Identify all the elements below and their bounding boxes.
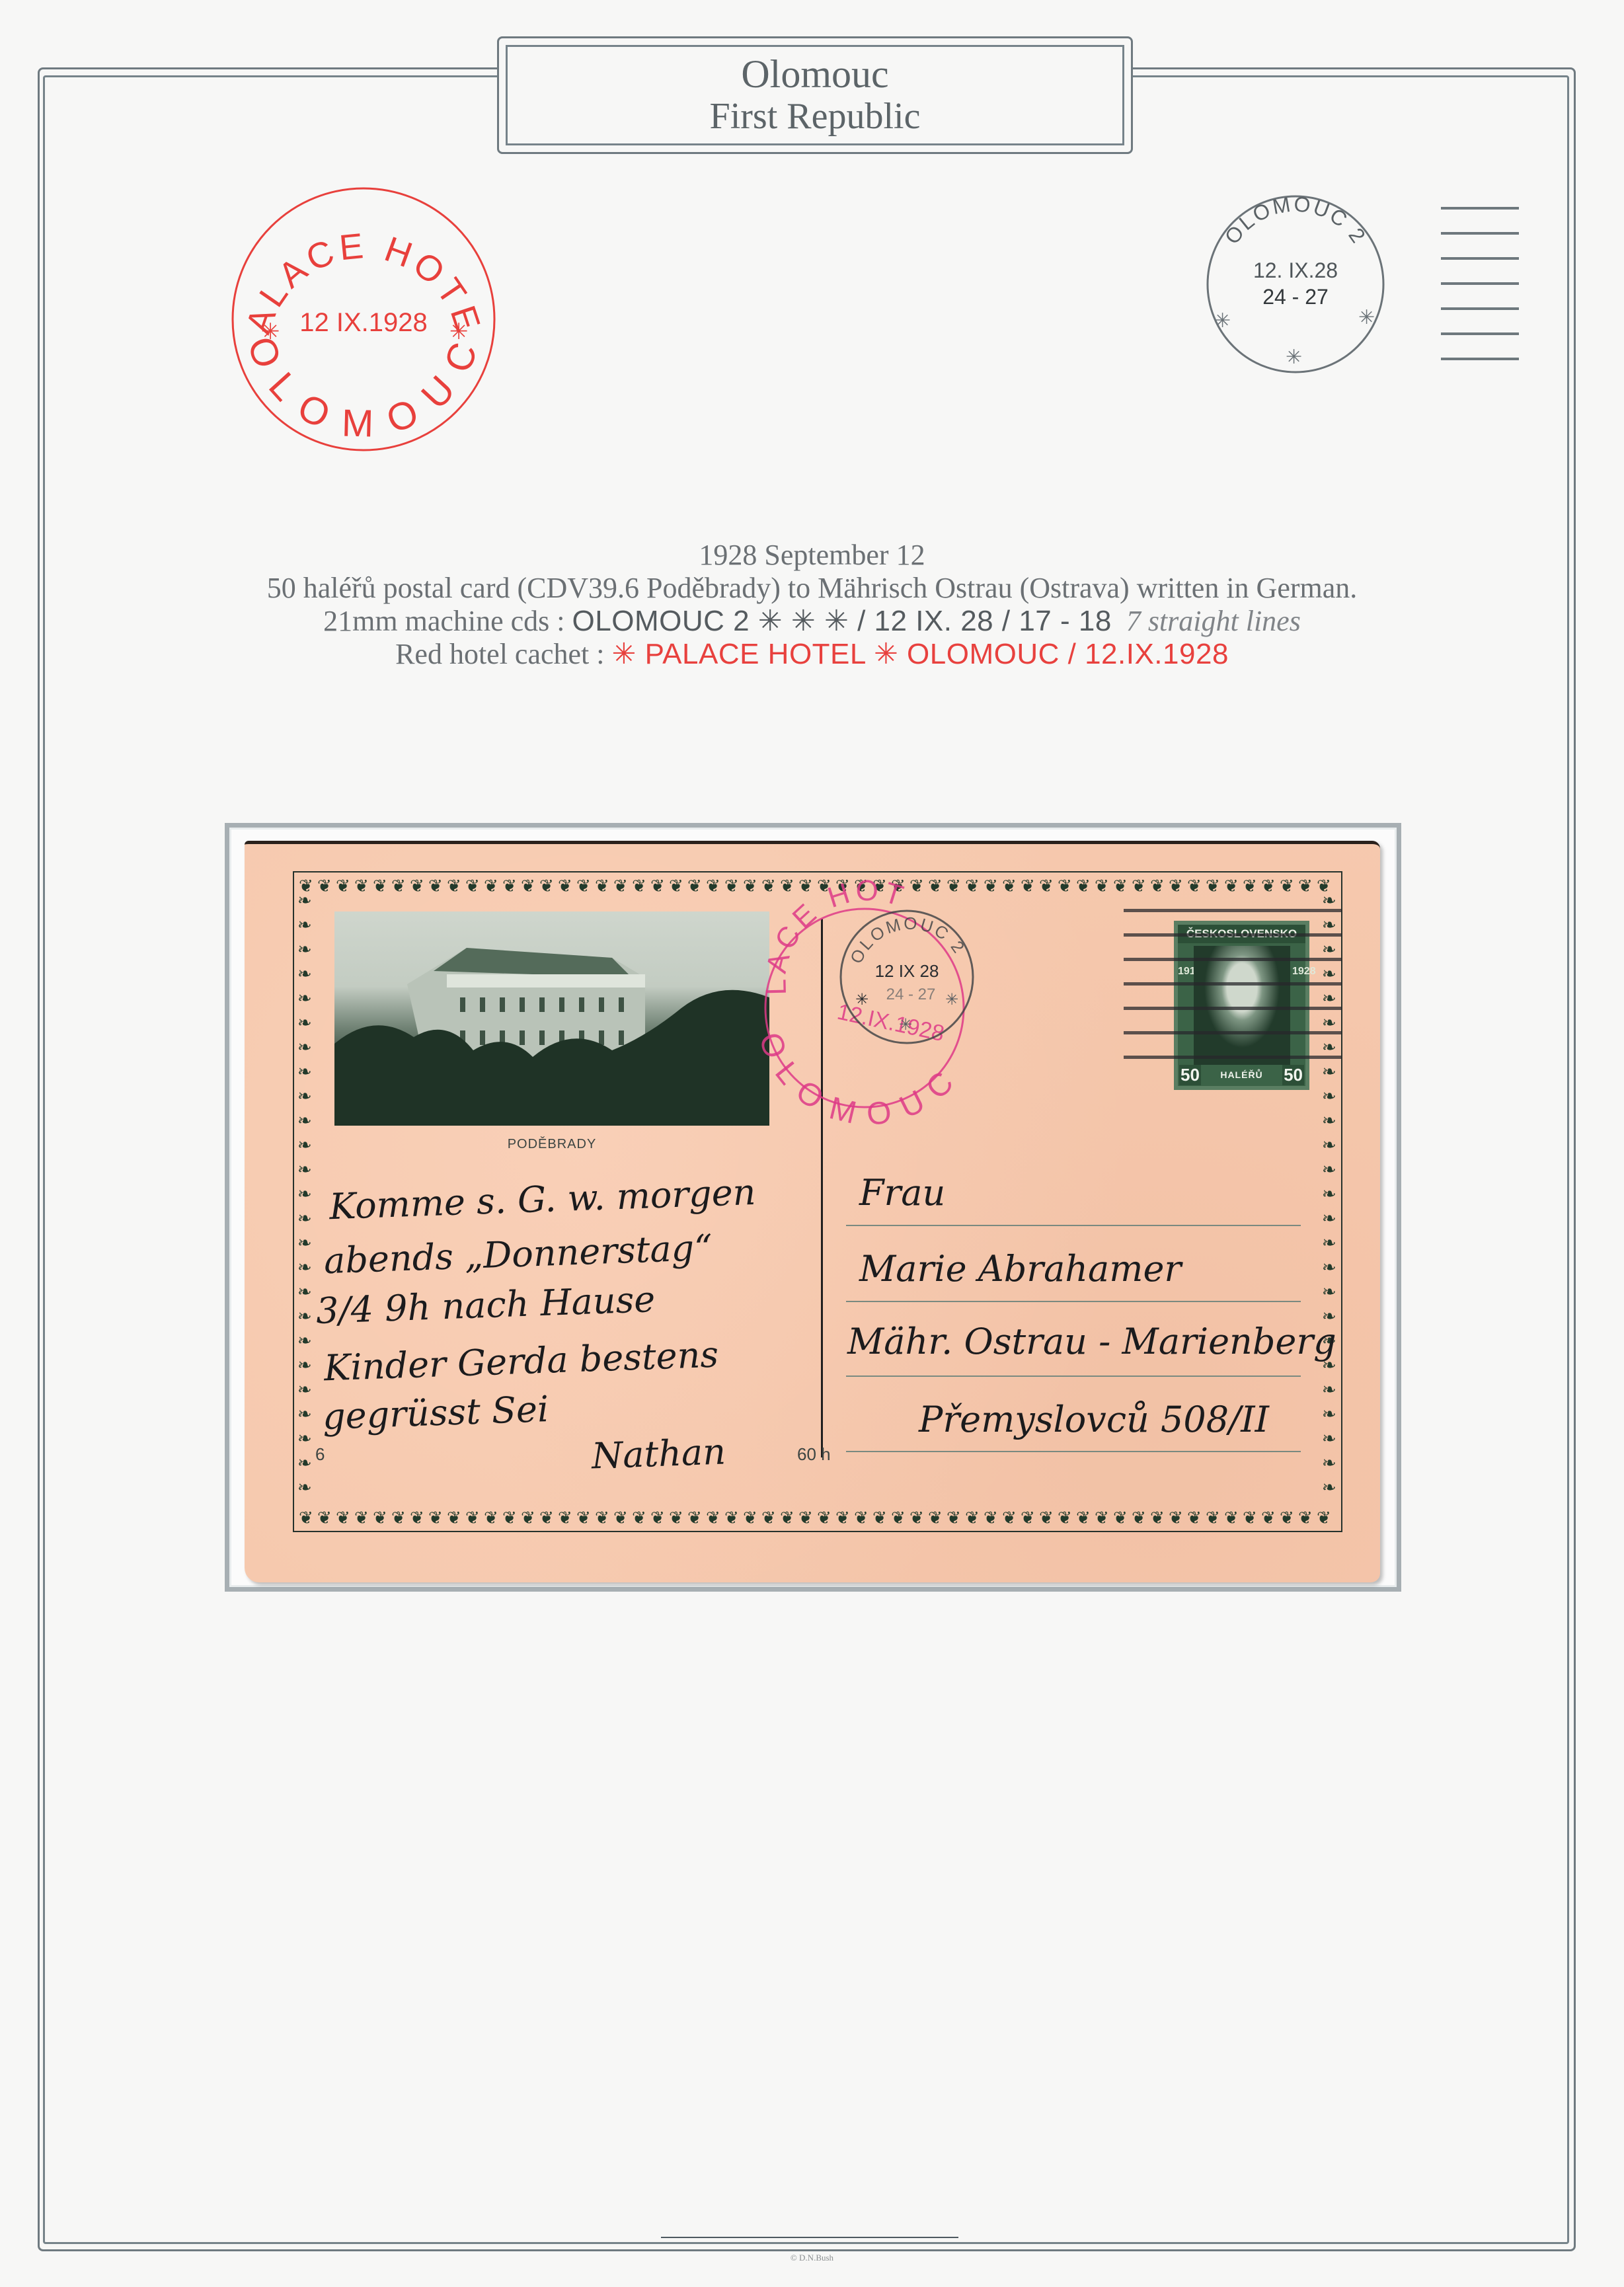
leaf-ornament-icon: ❦: [576, 878, 595, 895]
stamp-value-right: 50: [1282, 1065, 1304, 1085]
leaf-ornament-icon: ❧: [297, 1430, 315, 1455]
star-icon: ✳: [1358, 306, 1375, 329]
leaf-ornament-icon: ❦: [1021, 1510, 1039, 1527]
leaf-border-left: ❧❧❧❧❧❧❧❧❧❧❧❧❧❧❧❧❧❧❧❧❧❧❧❧❧: [297, 892, 315, 1514]
leaf-ornament-icon: ❧: [1322, 1406, 1339, 1430]
leaf-ornament-icon: ❧: [1322, 892, 1339, 917]
copyright-notice: © D.N.Bush: [0, 2253, 1624, 2263]
leaf-ornament-icon: ❦: [391, 878, 410, 895]
cancel-line: [1441, 207, 1519, 210]
leaf-ornament-icon: ❦: [1095, 878, 1113, 895]
cancel-bar: [1124, 958, 1342, 961]
leaf-ornament-icon: ❦: [724, 1510, 743, 1527]
leaf-ornament-icon: ❦: [743, 1510, 761, 1527]
leaf-border-right: ❧❧❧❧❧❧❧❧❧❧❧❧❧❧❧❧❧❧❧❧❧❧❧❧❧: [1322, 892, 1339, 1514]
cancel-bar: [1124, 1031, 1342, 1034]
cancel-line: [1441, 332, 1519, 335]
stamp-value-left: 50: [1179, 1065, 1201, 1085]
stamp-currency: HALÉŘŮ: [1220, 1069, 1262, 1080]
leaf-ornament-icon: ❦: [780, 1510, 798, 1527]
leaf-ornament-icon: ❧: [1322, 1235, 1339, 1259]
leaf-ornament-icon: ❦: [410, 1510, 428, 1527]
leaf-ornament-icon: ❦: [1076, 1510, 1095, 1527]
cancel-line: [1441, 232, 1519, 235]
leaf-ornament-icon: ❧: [1322, 1479, 1339, 1504]
leaf-ornament-icon: ❦: [650, 1510, 669, 1527]
leaf-ornament-icon: ❦: [391, 1510, 410, 1527]
leaf-ornament-icon: ❦: [502, 1510, 521, 1527]
address-rule: [846, 1225, 1301, 1226]
leaf-ornament-icon: ❧: [1322, 1381, 1339, 1406]
leaf-ornament-icon: ❦: [669, 878, 687, 895]
svg-text:OLOMOUC 2: OLOMOUC 2: [846, 913, 970, 967]
leaf-ornament-icon: ❦: [1261, 878, 1280, 895]
leaf-ornament-icon: ❧: [297, 941, 315, 966]
leaf-ornament-icon: ❧: [297, 1039, 315, 1064]
cancel-bar: [1124, 1007, 1342, 1010]
svg-text:24 - 27: 24 - 27: [886, 986, 936, 1003]
hotel-cachet-bottom-text: OLOMOUC: [239, 331, 488, 446]
cancel-line: [1441, 307, 1519, 310]
address-line: Frau: [859, 1173, 945, 1213]
leaf-ornament-icon: ❦: [521, 1510, 539, 1527]
leaf-ornament-icon: ❦: [687, 878, 706, 895]
machine-cds-on-card: OLOMOUC 2 12 IX 28 24 - 27 ✳ ✳ ✳: [839, 906, 978, 1058]
leaf-ornament-icon: ❦: [835, 1510, 854, 1527]
leaf-ornament-icon: ❦: [984, 878, 1002, 895]
leaf-ornament-icon: ❦: [1113, 878, 1132, 895]
address-line: Marie Abrahamer: [859, 1249, 1181, 1289]
leaf-ornament-icon: ❦: [1169, 878, 1187, 895]
address-rule: [846, 1451, 1301, 1452]
leaf-ornament-icon: ❧: [297, 1455, 315, 1479]
leaf-ornament-icon: ❦: [1261, 1510, 1280, 1527]
leaf-ornament-icon: ❦: [465, 1510, 484, 1527]
leaf-ornament-icon: ❦: [817, 1510, 835, 1527]
leaf-ornament-icon: ❦: [706, 1510, 724, 1527]
title-plate-inner: Olomouc First Republic: [506, 45, 1124, 145]
leaf-ornament-icon: ❦: [632, 878, 650, 895]
leaf-ornament-icon: ❧: [297, 1064, 315, 1088]
leaf-ornament-icon: ❧: [1322, 990, 1339, 1015]
leaf-ornament-icon: ❦: [669, 1510, 687, 1527]
leaf-ornament-icon: ❧: [297, 1210, 315, 1235]
svg-text:✳: ✳: [899, 1015, 912, 1034]
leaf-ornament-icon: ❦: [521, 878, 539, 895]
leaf-ornament-icon: ❦: [373, 1510, 391, 1527]
description-cds: 21mm machine cds : OLOMOUC 2 ✳ ✳ ✳ / 12 …: [0, 605, 1624, 638]
leaf-ornament-icon: ❦: [539, 1510, 558, 1527]
leaf-ornament-icon: ❦: [1002, 878, 1021, 895]
imprinted-stamp-masaryk: ČESKOSLOVENSKO 1918 1928 50 HALÉŘŮ 50: [1174, 921, 1309, 1090]
page-subtitle: First Republic: [508, 96, 1122, 137]
stamp-year-left: 1918: [1178, 964, 1191, 979]
footer-rule: [661, 2237, 958, 2238]
cancel-line: [1441, 257, 1519, 260]
leaf-ornament-icon: ❦: [1243, 878, 1261, 895]
leaf-ornament-icon: ❦: [428, 1510, 447, 1527]
address-line: Mähr. Ostrau - Marienberg: [847, 1322, 1336, 1362]
leaf-ornament-icon: ❧: [297, 1235, 315, 1259]
description-cachet: Red hotel cachet : ✳ PALACE HOTEL ✳ OLOM…: [0, 638, 1624, 671]
leaf-ornament-icon: ❦: [798, 1510, 817, 1527]
leaf-ornament-icon: ❧: [297, 1088, 315, 1112]
poděbrady-photo: [334, 911, 769, 1126]
leaf-ornament-icon: ❧: [1322, 1186, 1339, 1210]
leaf-ornament-icon: ❦: [706, 878, 724, 895]
leaf-ornament-icon: ❦: [650, 878, 669, 895]
leaf-ornament-icon: ❧: [1322, 966, 1339, 990]
leaf-ornament-icon: ❧: [1322, 1259, 1339, 1284]
leaf-ornament-icon: ❦: [965, 1510, 984, 1527]
leaf-ornament-icon: ❦: [484, 1510, 502, 1527]
leaf-ornament-icon: ❦: [1021, 878, 1039, 895]
leaf-ornament-icon: ❦: [1150, 878, 1169, 895]
leaf-ornament-icon: ❦: [576, 1510, 595, 1527]
card-number: 6: [315, 1444, 325, 1465]
leaf-ornament-icon: ❦: [1058, 878, 1076, 895]
leaf-ornament-icon: ❦: [928, 1510, 947, 1527]
leaf-ornament-icon: ❧: [1322, 1455, 1339, 1479]
cds-date: 12. IX.28: [1253, 258, 1338, 282]
leaf-ornament-icon: ❦: [1243, 1510, 1261, 1527]
leaf-ornament-icon: ❦: [984, 1510, 1002, 1527]
leaf-ornament-icon: ❧: [297, 1308, 315, 1333]
leaf-ornament-icon: ❧: [297, 1381, 315, 1406]
leaf-ornament-icon: ❦: [613, 878, 632, 895]
svg-text:✳: ✳: [855, 990, 869, 1009]
leaf-ornament-icon: ❧: [1322, 917, 1339, 941]
leaf-ornament-icon: ❦: [1002, 1510, 1021, 1527]
leaf-ornament-icon: ❦: [1039, 878, 1058, 895]
hotel-cachet-enlarged: PALACE HOTEL OLOMOUC 12 IX.1928 ✳ ✳: [225, 177, 502, 455]
leaf-ornament-icon: ❦: [502, 878, 521, 895]
leaf-ornament-icon: ❧: [297, 990, 315, 1015]
stamp-year-right: 1928: [1292, 964, 1305, 979]
leaf-ornament-icon: ❦: [484, 878, 502, 895]
leaf-ornament-icon: ❧: [1322, 1064, 1339, 1088]
leaf-ornament-icon: ❦: [1298, 1510, 1317, 1527]
leaf-ornament-icon: ❦: [1095, 1510, 1113, 1527]
cancel-bar: [1124, 933, 1342, 937]
leaf-ornament-icon: ❦: [1150, 1510, 1169, 1527]
leaf-ornament-icon: ❦: [724, 878, 743, 895]
leaf-ornament-icon: ❧: [1322, 1161, 1339, 1186]
leaf-ornament-icon: ❦: [558, 1510, 576, 1527]
leaf-ornament-icon: ❦: [1187, 878, 1206, 895]
message-line: gegrüsst Sei: [322, 1389, 549, 1437]
leaf-ornament-icon: ❧: [297, 1112, 315, 1137]
leaf-ornament-icon: ❧: [1322, 1112, 1339, 1137]
leaf-ornament-icon: ❧: [1322, 1284, 1339, 1308]
leaf-ornament-icon: ❦: [947, 1510, 965, 1527]
svg-text:✳: ✳: [945, 990, 958, 1009]
leaf-ornament-icon: ❧: [297, 1186, 315, 1210]
leaf-ornament-icon: ❧: [297, 1259, 315, 1284]
cancel-bar: [1124, 982, 1342, 986]
leaf-ornament-icon: ❦: [854, 1510, 872, 1527]
leaf-ornament-icon: ❦: [1224, 1510, 1243, 1527]
svg-text:12 IX 28: 12 IX 28: [875, 961, 939, 981]
leaf-ornament-icon: ❦: [539, 878, 558, 895]
leaf-ornament-icon: ❦: [317, 878, 336, 895]
leaf-ornament-icon: ❦: [1280, 1510, 1298, 1527]
address-rule: [846, 1376, 1301, 1377]
leaf-ornament-icon: ❦: [909, 1510, 928, 1527]
leaf-ornament-icon: ❦: [410, 878, 428, 895]
leaf-ornament-icon: ❦: [1206, 878, 1224, 895]
leaf-ornament-icon: ❦: [317, 1510, 336, 1527]
cds-top-text: OLOMOUC 2: [1220, 192, 1372, 249]
svg-text:OLOMOUC 2: OLOMOUC 2: [1220, 192, 1372, 249]
leaf-ornament-icon: ❦: [1132, 1510, 1150, 1527]
leaf-ornament-icon: ❧: [1322, 1039, 1339, 1064]
leaf-ornament-icon: ❧: [297, 1284, 315, 1308]
cancel-bar: [1124, 909, 1342, 912]
star-icon: ✳: [1214, 309, 1231, 332]
leaf-ornament-icon: ❦: [465, 878, 484, 895]
leaf-ornament-icon: ❧: [297, 1137, 315, 1161]
leaf-ornament-icon: ❦: [872, 1510, 891, 1527]
leaf-ornament-icon: ❧: [1322, 1137, 1339, 1161]
leaf-ornament-icon: ❦: [373, 878, 391, 895]
leaf-ornament-icon: ❦: [632, 1510, 650, 1527]
leaf-ornament-icon: ❦: [336, 878, 354, 895]
leaf-ornament-icon: ❧: [297, 917, 315, 941]
photo-caption: PODĚBRADY: [334, 1137, 769, 1152]
cds-time: 24 - 27: [1262, 285, 1329, 309]
leaf-ornament-icon: ❧: [297, 1015, 315, 1039]
card-price: 60 h: [797, 1444, 831, 1465]
portrait-image: [1194, 946, 1290, 1065]
leaf-border-bottom: ❦❦❦❦❦❦❦❦❦❦❦❦❦❦❦❦❦❦❦❦❦❦❦❦❦❦❦❦❦❦❦❦❦❦❦❦❦❦❦❦…: [299, 1510, 1338, 1527]
leaf-ornament-icon: ❧: [1322, 1430, 1339, 1455]
leaf-ornament-icon: ❦: [761, 1510, 780, 1527]
address-line: Přemyslovců 508/II: [919, 1400, 1269, 1440]
description-item: 50 haléřů postal card (CDV39.6 Poděbrady…: [0, 572, 1624, 605]
leaf-ornament-icon: ❦: [354, 878, 373, 895]
hotel-cachet-date: 12 IX.1928: [299, 308, 428, 337]
leaf-ornament-icon: ❦: [1169, 1510, 1187, 1527]
page-title: Olomouc: [508, 52, 1122, 96]
machine-cds-enlarged: OLOMOUC 2 12. IX.28 24 - 27 ✳ ✳ ✳: [1200, 192, 1391, 383]
cancel-line: [1441, 358, 1519, 360]
star-icon: ✳: [449, 319, 469, 345]
leaf-ornament-icon: ❧: [1322, 1015, 1339, 1039]
star-icon: ✳: [261, 319, 280, 345]
leaf-ornament-icon: ❦: [354, 1510, 373, 1527]
leaf-ornament-icon: ❧: [1322, 1088, 1339, 1112]
leaf-ornament-icon: ❦: [1058, 1510, 1076, 1527]
description-date: 1928 September 12: [0, 539, 1624, 572]
cancel-line: [1441, 282, 1519, 285]
leaf-ornament-icon: ❦: [891, 1510, 909, 1527]
leaf-ornament-icon: ❧: [297, 1479, 315, 1504]
leaf-ornament-icon: ❧: [297, 966, 315, 990]
leaf-ornament-icon: ❦: [1280, 878, 1298, 895]
leaf-ornament-icon: ❦: [1206, 1510, 1224, 1527]
address-rule: [846, 1301, 1301, 1302]
leaf-ornament-icon: ❦: [1039, 1510, 1058, 1527]
message-line: Nathan: [591, 1432, 726, 1476]
leaf-ornament-icon: ❧: [297, 1406, 315, 1430]
leaf-ornament-icon: ❦: [1224, 878, 1243, 895]
leaf-ornament-icon: ❧: [297, 892, 315, 917]
leaf-ornament-icon: ❦: [595, 1510, 613, 1527]
star-icon: ✳: [1286, 346, 1302, 369]
leaf-ornament-icon: ❦: [1187, 1510, 1206, 1527]
leaf-ornament-icon: ❦: [428, 878, 447, 895]
svg-text:OLOMOUC: OLOMOUC: [239, 331, 488, 446]
leaf-ornament-icon: ❦: [613, 1510, 632, 1527]
leaf-ornament-icon: ❦: [1113, 1510, 1132, 1527]
leaf-ornament-icon: ❧: [1322, 941, 1339, 966]
cancel-bar: [1124, 1056, 1342, 1059]
leaf-ornament-icon: ❦: [447, 1510, 465, 1527]
leaf-ornament-icon: ❦: [336, 1510, 354, 1527]
leaf-ornament-icon: ❦: [687, 1510, 706, 1527]
leaf-ornament-icon: ❧: [297, 1161, 315, 1186]
leaf-ornament-icon: ❦: [1076, 878, 1095, 895]
leaf-ornament-icon: ❧: [297, 1333, 315, 1357]
leaf-ornament-icon: ❦: [1132, 878, 1150, 895]
description-block: 1928 September 12 50 haléřů postal card …: [0, 539, 1624, 671]
leaf-ornament-icon: ❦: [558, 878, 576, 895]
leaf-ornament-icon: ❧: [1322, 1210, 1339, 1235]
leaf-ornament-icon: ❦: [447, 878, 465, 895]
leaf-ornament-icon: ❦: [595, 878, 613, 895]
leaf-ornament-icon: ❧: [297, 1357, 315, 1381]
leaf-ornament-icon: ❦: [1298, 878, 1317, 895]
